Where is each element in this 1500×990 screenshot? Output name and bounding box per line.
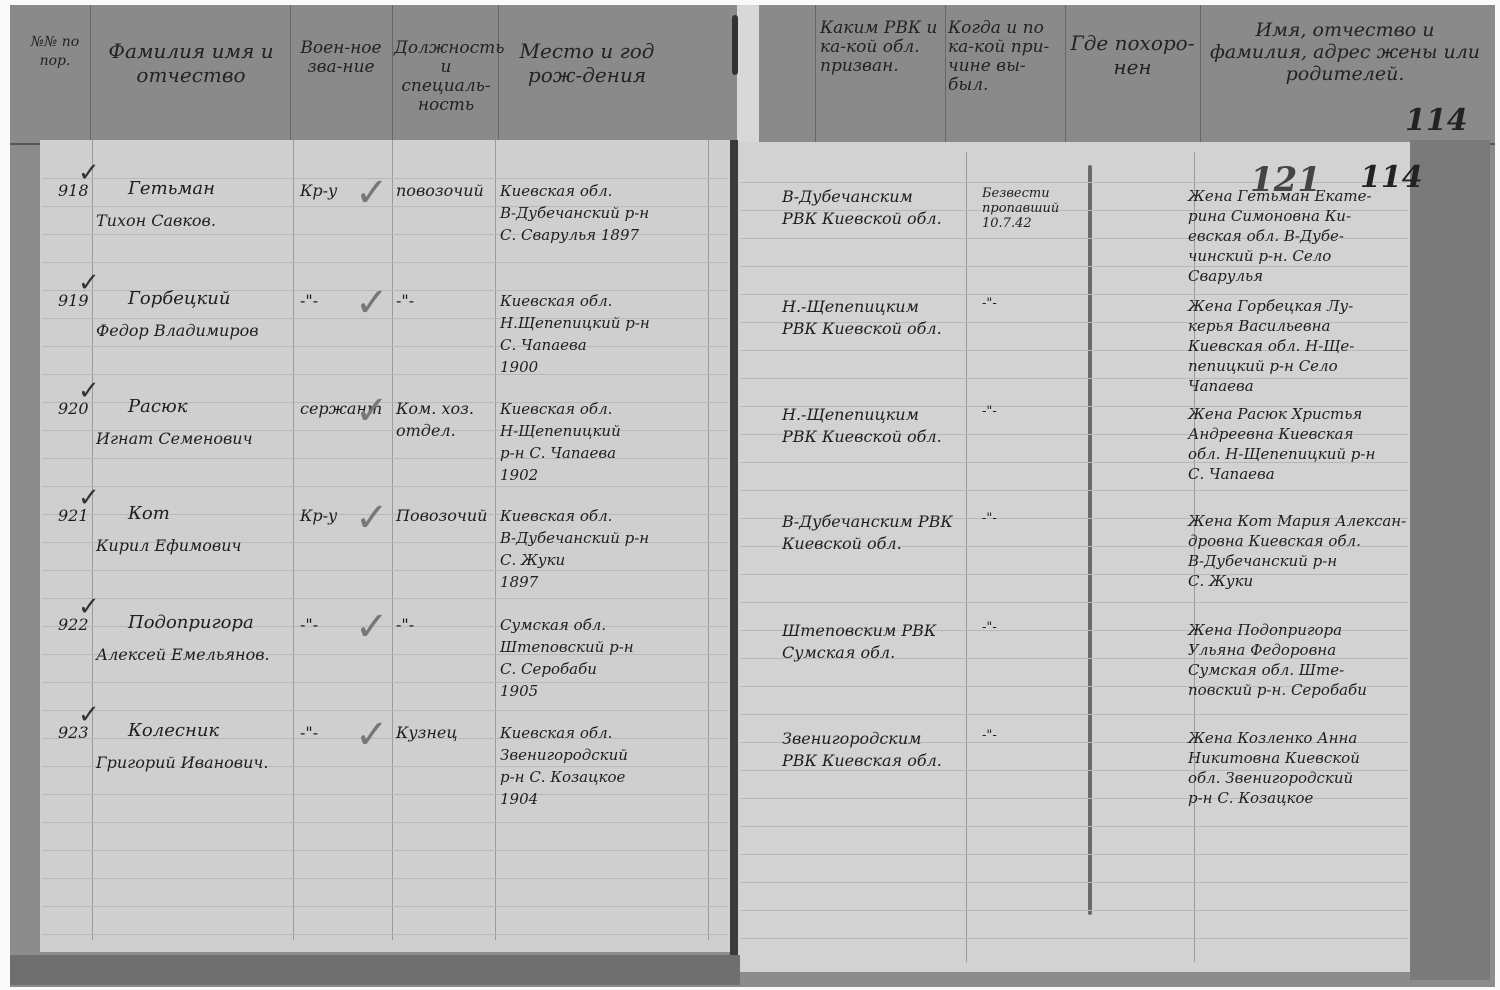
record-surname: Подопригора: [128, 612, 254, 634]
record-birth: Киевская обл. В-Дубечанский р-н С. Свару…: [500, 180, 649, 246]
record-position: Повозочий: [396, 505, 487, 527]
record-rvk: Звенигородским РВК Киевская обл.: [782, 728, 942, 772]
header-name: Фамилия имя и отчество: [96, 39, 286, 87]
record-rvk: Н.-Щепепицким РВК Киевской обл.: [782, 404, 942, 448]
record-rank: Кр-у: [300, 505, 337, 527]
large-check-mark-icon: ✓: [355, 712, 389, 758]
record-when-cause: Безвести пропавший 10.7.42: [982, 186, 1059, 231]
register-header-strip: №№ по пор. Фамилия имя и отчество Воен-н…: [10, 5, 1495, 153]
record-surname: Колесник: [128, 720, 219, 742]
large-check-mark-icon: ✓: [355, 604, 389, 650]
record-birth: Киевская обл. Н-Щепепицкий р-н С. Чапаев…: [500, 398, 621, 486]
record-relatives: Жена Кот Мария Алексан- дровна Киевская …: [1188, 511, 1408, 591]
record-surname: Горбецкий: [128, 288, 230, 310]
record-surname: Гетьман: [128, 178, 215, 200]
record-given-names: Алексей Емельянов.: [96, 644, 270, 666]
column-divider: [293, 140, 294, 940]
record-relatives: Жена Горбецкая Лу- керья Васильевна Киев…: [1188, 296, 1408, 396]
header-position: Должность и специаль-ность: [394, 39, 498, 115]
ruled-line: [740, 714, 1408, 715]
record-when-cause: -"-: [982, 620, 997, 635]
record-rank: -"-: [300, 722, 318, 744]
column-divider: [495, 140, 496, 940]
ruled-line: [42, 850, 728, 851]
record-birth: Сумская обл. Штеповский р-н С. Серобаби …: [500, 614, 634, 702]
ruled-line: [42, 822, 728, 823]
spine-gap: [737, 5, 759, 145]
header-divider: [1065, 5, 1066, 153]
ruled-line: [42, 710, 728, 711]
record-when-cause: -"-: [982, 404, 997, 419]
record-given-names: Григорий Иванович.: [96, 752, 268, 774]
header-rank: Воен-ное зва-ние: [294, 39, 388, 77]
record-number: 918: [58, 180, 89, 202]
header-birth: Место и год рож-дения: [502, 39, 672, 87]
ruled-line: [42, 262, 728, 263]
record-number: 921: [58, 505, 89, 527]
ruled-line: [740, 854, 1408, 855]
cover-edge: [1410, 140, 1490, 980]
record-relatives: Жена Гетьман Екате- рина Симоновна Ки- е…: [1188, 186, 1408, 286]
header-divider: [392, 5, 393, 153]
ruled-line: [740, 294, 1408, 295]
column-divider: [966, 152, 967, 962]
ruled-line: [42, 598, 728, 599]
record-number: 922: [58, 614, 89, 636]
ruled-line: [42, 486, 728, 487]
ruled-line: [740, 882, 1408, 883]
header-divider: [498, 5, 499, 153]
header-number: №№ по пор.: [24, 33, 86, 71]
record-relatives: Жена Подопригора Ульяна Федоровна Сумска…: [1188, 620, 1408, 700]
record-when-cause: -"-: [982, 296, 997, 311]
header-buried: Где похоро-нен: [1070, 31, 1195, 79]
record-when-cause: -"-: [982, 728, 997, 743]
ruled-line: [42, 878, 728, 879]
record-rvk: Н.-Щепепицким РВК Киевской обл.: [782, 296, 942, 340]
ruled-line: [740, 490, 1408, 491]
record-surname: Расюк: [128, 396, 188, 418]
record-position: Кузнец: [396, 722, 458, 744]
record-rank: Кр-у: [300, 180, 337, 202]
record-when-cause: -"-: [982, 511, 997, 526]
ruled-line: [740, 938, 1408, 939]
book-gutter: [730, 140, 738, 970]
record-given-names: Федор Владимиров: [96, 320, 259, 342]
ruled-line: [42, 934, 728, 935]
record-position: повозочий: [396, 180, 484, 202]
ruled-line: [42, 906, 728, 907]
ruled-line: [740, 910, 1408, 911]
header-divider: [815, 5, 816, 153]
record-number: 920: [58, 398, 89, 420]
record-position: -"-: [396, 290, 414, 312]
header-when-cause: Когда и по ка-кой при-чине вы-был.: [948, 19, 1063, 95]
header-divider: [290, 5, 291, 153]
record-given-names: Игнат Семенович: [96, 428, 253, 450]
record-surname: Кот: [128, 503, 170, 525]
column-divider: [392, 140, 393, 940]
record-rank: -"-: [300, 614, 318, 636]
record-rvk: В-Дубечанским РВК Киевской обл.: [782, 511, 953, 555]
header-stamp-number: 114: [1405, 103, 1468, 138]
large-check-mark-icon: ✓: [355, 170, 389, 216]
record-rank: -"-: [300, 290, 318, 312]
large-check-mark-icon: ✓: [355, 495, 389, 541]
header-relatives: Имя, отчество и фамилия, адрес жены или …: [1205, 19, 1485, 85]
record-number: 919: [58, 290, 89, 312]
record-given-names: Тихон Савков.: [96, 210, 216, 232]
header-divider: [1200, 5, 1201, 153]
record-relatives: Жена Козленко Анна Никитовна Киевской об…: [1188, 728, 1408, 808]
pencil-strike-line: [1088, 165, 1092, 915]
header-divider: [945, 5, 946, 153]
ruled-line: [740, 826, 1408, 827]
spine-shadow: [732, 15, 738, 75]
record-birth: Киевская обл. Звенигородский р-н С. Коза…: [500, 722, 628, 810]
column-divider: [92, 140, 93, 940]
record-position: Ком. хоз. отдел.: [396, 398, 474, 442]
record-birth: Киевская обл. В-Дубечанский р-н С. Жуки …: [500, 505, 649, 593]
record-relatives: Жена Расюк Христья Андреевна Киевская об…: [1188, 404, 1408, 484]
column-divider: [708, 140, 709, 940]
ruled-line: [740, 602, 1408, 603]
record-number: 923: [58, 722, 89, 744]
page-bottom-shadow: [10, 955, 740, 985]
record-rvk: В-Дубечанским РВК Киевской обл.: [782, 186, 942, 230]
header-rvk: Каким РВК и ка-кой обл. призван.: [820, 19, 940, 76]
record-position: -"-: [396, 614, 414, 636]
large-check-mark-icon: ✓: [355, 388, 389, 434]
header-divider: [90, 5, 91, 153]
record-birth: Киевская обл. Н.Щепепицкий р-н С. Чапаев…: [500, 290, 650, 378]
record-given-names: Кирил Ефимович: [96, 535, 241, 557]
large-check-mark-icon: ✓: [355, 280, 389, 326]
record-rvk: Штеповским РВК Сумская обл.: [782, 620, 936, 664]
ruled-line: [42, 458, 728, 459]
